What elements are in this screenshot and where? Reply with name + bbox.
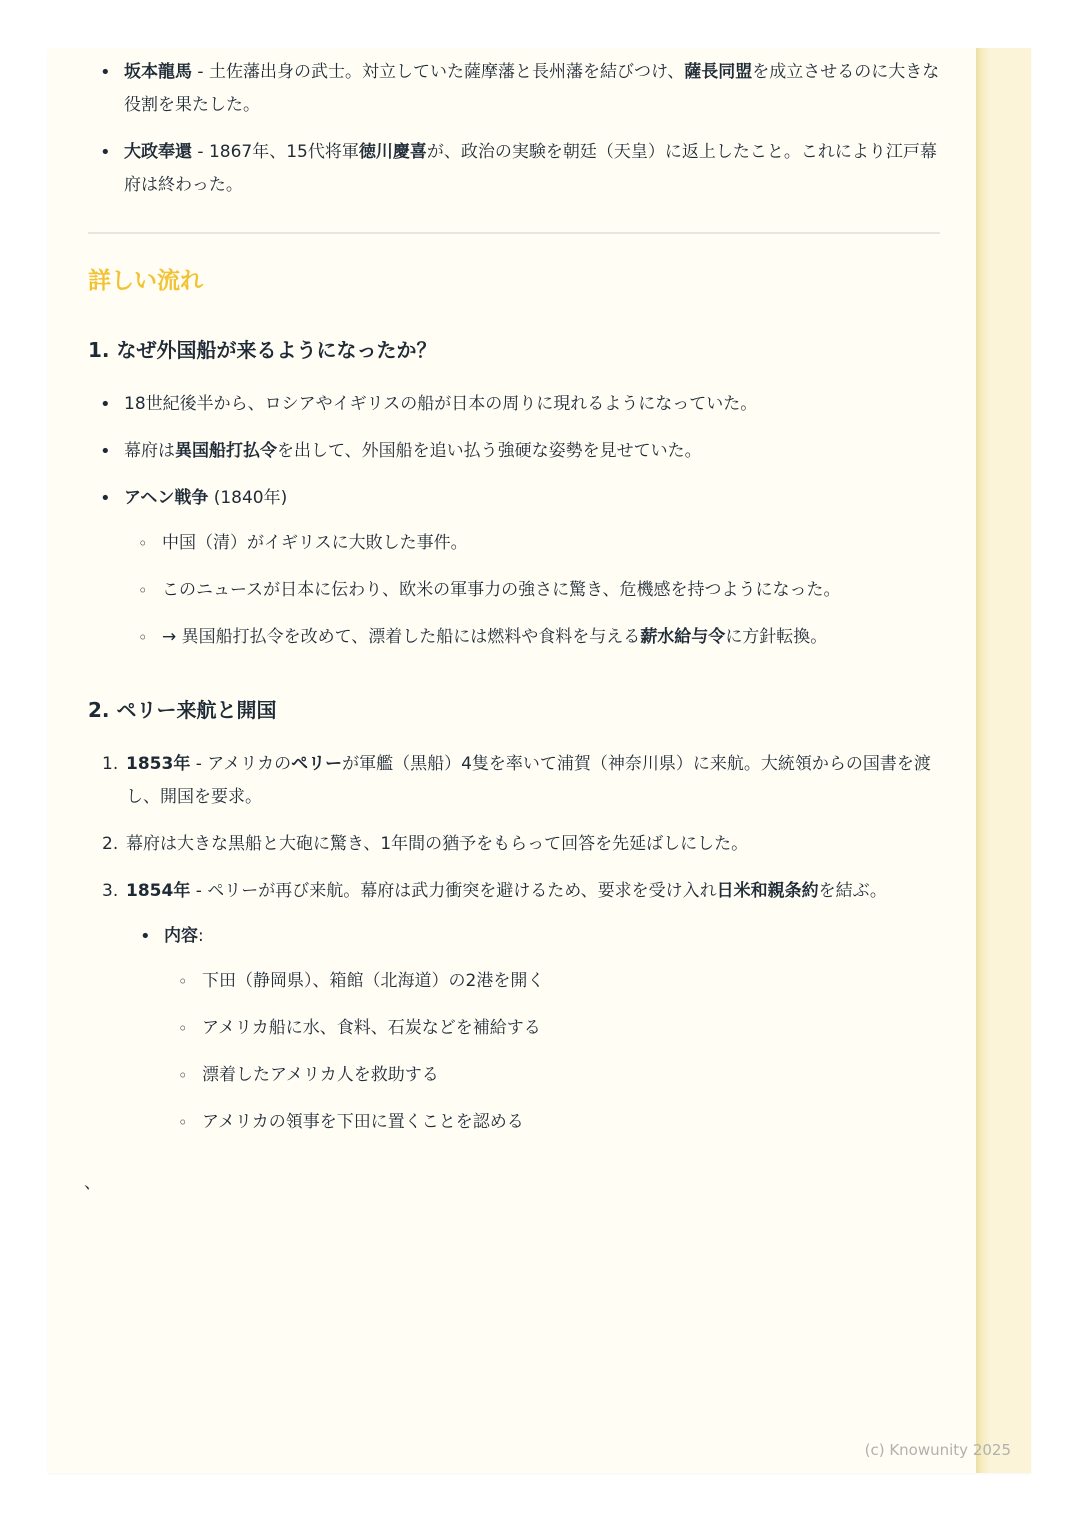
text-run: 18世紀後半から、ロシアやイギリスの船が日本の周りに現れるようになっていた。 (124, 394, 757, 414)
text-run: を出して、外国船を追い払う強硬な姿勢を見せていた。 (277, 441, 702, 461)
text-run: を結ぶ。 (819, 881, 887, 901)
list-item-text: 1853年 - アメリカのペリーが軍艦（黒船）4隻を率いて浦賀（神奈川県）に来航… (126, 748, 940, 814)
list-item: •坂本龍馬 - 土佐藩出身の武士。対立していた薩摩藩と長州藩を結びつけ、薩長同盟… (100, 56, 940, 122)
list-item: •大政奉還 - 1867年、15代将軍徳川慶喜が、政治の実験を朝廷（天皇）に返上… (100, 136, 940, 202)
section-divider (88, 232, 940, 234)
list-item-line: 中国（清）がイギリスに大敗した事件。 (162, 527, 940, 560)
stray-comma-text: 、 (84, 1167, 940, 1200)
list-item-text: 大政奉還 - 1867年、15代将軍徳川慶喜が、政治の実験を朝廷（天皇）に返上し… (124, 136, 940, 202)
list-item-line: 18世紀後半から、ロシアやイギリスの船が日本の周りに現れるようになっていた。 (124, 388, 940, 421)
bullet-icon: • (100, 388, 124, 421)
bold-term: 坂本龍馬 (124, 62, 192, 82)
text-run: (1840年) (208, 488, 287, 508)
bold-term: アヘン戦争 (124, 488, 208, 508)
text-run: - 土佐藩出身の武士。対立していた薩摩藩と長州藩を結びつけ、 (192, 62, 684, 82)
list-item-text: アヘン戦争 (1840年)◦中国（清）がイギリスに大敗した事件。◦このニュースが… (124, 482, 940, 654)
list-item-text: 漂着したアメリカ人を救助する (202, 1059, 940, 1092)
list-item: ◦漂着したアメリカ人を救助する (178, 1059, 940, 1092)
list-item-text: アメリカ船に水、食料、石炭などを補給する (202, 1012, 940, 1045)
bold-term: 大政奉還 (124, 142, 192, 162)
list-item: 3.1854年 - ペリーが再び来航。幕府は武力衝突を避けるため、要求を受け入れ… (102, 875, 940, 1139)
list-item-line: → 異国船打払令を改めて、漂着した船には燃料や食料を与える薪水給与令に方針転換。 (162, 621, 940, 654)
list-item-line: アメリカ船に水、食料、石炭などを補給する (202, 1012, 940, 1045)
list-item-text: アメリカの領事を下田に置くことを認める (202, 1106, 940, 1139)
list-item: 2.幕府は大きな黒船と大砲に驚き、1年間の猶予をもらって回答を先延ばしにした。 (102, 828, 940, 861)
bullet-list: •坂本龍馬 - 土佐藩出身の武士。対立していた薩摩藩と長州藩を結びつけ、薩長同盟… (100, 56, 940, 202)
bold-term: 薩長同盟 (684, 62, 752, 82)
list-item-line: 1853年 - アメリカのペリーが軍艦（黒船）4隻を率いて浦賀（神奈川県）に来航… (126, 748, 940, 814)
circle-bullet-icon: ◦ (178, 1106, 202, 1139)
bullet-icon: • (140, 920, 164, 1139)
bold-term: 内容 (164, 926, 198, 946)
text-run: 幕府は (124, 441, 175, 461)
list-item-line: 漂着したアメリカ人を救助する (202, 1059, 940, 1092)
bold-term: ペリー (291, 754, 342, 774)
list-item-text: 下田（静岡県）、箱館（北海道）の2港を開く (202, 965, 940, 998)
list-item-text: 18世紀後半から、ロシアやイギリスの船が日本の周りに現れるようになっていた。 (124, 388, 940, 421)
text-run: 漂着したアメリカ人を救助する (202, 1065, 439, 1085)
list-item: ◦下田（静岡県）、箱館（北海道）の2港を開く (178, 965, 940, 998)
page-edge-stripe (976, 48, 1031, 1473)
text-run: - ペリーが再び来航。幕府は武力衝突を避けるため、要求を受け入れ (190, 881, 716, 901)
number-marker: 1. (102, 748, 126, 814)
text-run: - アメリカの (190, 754, 291, 774)
text-run: このニュースが日本に伝わり、欧米の軍事力の強さに驚き、危機感を持つようになった。 (162, 580, 840, 600)
circle-bullet-icon: ◦ (178, 1059, 202, 1092)
list-item-line: 幕府は異国船打払令を出して、外国船を追い払う強硬な姿勢を見せていた。 (124, 435, 940, 468)
section-heading: 詳しい流れ (88, 266, 940, 296)
list-item-text: 幕府は異国船打払令を出して、外国船を追い払う強硬な姿勢を見せていた。 (124, 435, 940, 468)
bullet-list: ◦下田（静岡県）、箱館（北海道）の2港を開く◦アメリカ船に水、食料、石炭などを補… (178, 965, 940, 1139)
document-page: •坂本龍馬 - 土佐藩出身の武士。対立していた薩摩藩と長州藩を結びつけ、薩長同盟… (48, 48, 1031, 1473)
list-item-line: 1854年 - ペリーが再び来航。幕府は武力衝突を避けるため、要求を受け入れ日米… (126, 875, 940, 908)
number-marker: 3. (102, 875, 126, 1139)
list-item: •幕府は異国船打払令を出して、外国船を追い払う強硬な姿勢を見せていた。 (100, 435, 940, 468)
bold-term: 異国船打払令 (175, 441, 277, 461)
list-item-text: 坂本龍馬 - 土佐藩出身の武士。対立していた薩摩藩と長州藩を結びつけ、薩長同盟を… (124, 56, 940, 122)
number-marker: 2. (102, 828, 126, 861)
bullet-icon: • (100, 435, 124, 468)
list-item: ◦→ 異国船打払令を改めて、漂着した船には燃料や食料を与える薪水給与令に方針転換… (138, 621, 940, 654)
subsection-heading: 1. なぜ外国船が来るようになったか？ (88, 336, 940, 364)
text-run: 幕府は大きな黒船と大砲に驚き、1年間の猶予をもらって回答を先延ばしにした。 (126, 834, 748, 854)
bold-term: 薪水給与令 (640, 627, 725, 647)
list-item: ◦このニュースが日本に伝わり、欧米の軍事力の強さに驚き、危機感を持つようになった… (138, 574, 940, 607)
bullet-icon: • (100, 136, 124, 202)
bold-term: 1853年 (126, 754, 190, 774)
text-run: 中国（清）がイギリスに大敗した事件。 (162, 533, 468, 553)
list-item-text: 幕府は大きな黒船と大砲に驚き、1年間の猶予をもらって回答を先延ばしにした。 (126, 828, 940, 861)
list-item-text: このニュースが日本に伝わり、欧米の軍事力の強さに驚き、危機感を持つようになった。 (162, 574, 940, 607)
text-run: 下田（静岡県）、箱館（北海道）の2港を開く (202, 971, 544, 991)
circle-bullet-icon: ◦ (178, 1012, 202, 1045)
circle-bullet-icon: ◦ (138, 527, 162, 560)
text-run: - 1867年、15代将軍 (192, 142, 359, 162)
list-item-text: 1854年 - ペリーが再び来航。幕府は武力衝突を避けるため、要求を受け入れ日米… (126, 875, 940, 1139)
list-item-line: 坂本龍馬 - 土佐藩出身の武士。対立していた薩摩藩と長州藩を結びつけ、薩長同盟を… (124, 56, 940, 122)
numbered-list: 1.1853年 - アメリカのペリーが軍艦（黒船）4隻を率いて浦賀（神奈川県）に… (102, 748, 940, 1139)
text-run: アメリカの領事を下田に置くことを認める (202, 1112, 524, 1132)
list-item-line: アヘン戦争 (1840年) (124, 482, 940, 515)
list-item-line: 幕府は大きな黒船と大砲に驚き、1年間の猶予をもらって回答を先延ばしにした。 (126, 828, 940, 861)
list-item: ◦アメリカ船に水、食料、石炭などを補給する (178, 1012, 940, 1045)
list-item-text: 内容:◦下田（静岡県）、箱館（北海道）の2港を開く◦アメリカ船に水、食料、石炭な… (164, 920, 940, 1139)
bullet-list: ◦中国（清）がイギリスに大敗した事件。◦このニュースが日本に伝わり、欧米の軍事力… (138, 527, 940, 654)
text-run: → 異国船打払令を改めて、漂着した船には燃料や食料を与える (162, 627, 640, 647)
document-content: •坂本龍馬 - 土佐藩出身の武士。対立していた薩摩藩と長州藩を結びつけ、薩長同盟… (88, 50, 940, 1200)
text-run: に方針転換。 (725, 627, 827, 647)
list-item-text: → 異国船打払令を改めて、漂着した船には燃料や食料を与える薪水給与令に方針転換。 (162, 621, 940, 654)
circle-bullet-icon: ◦ (138, 574, 162, 607)
bullet-list: •内容:◦下田（静岡県）、箱館（北海道）の2港を開く◦アメリカ船に水、食料、石炭… (140, 920, 940, 1139)
bold-term: 1854年 (126, 881, 190, 901)
circle-bullet-icon: ◦ (138, 621, 162, 654)
bullet-list: •18世紀後半から、ロシアやイギリスの船が日本の周りに現れるようになっていた。•… (100, 388, 940, 654)
list-item: ◦アメリカの領事を下田に置くことを認める (178, 1106, 940, 1139)
text-run: アメリカ船に水、食料、石炭などを補給する (202, 1018, 541, 1038)
list-item-line: このニュースが日本に伝わり、欧米の軍事力の強さに驚き、危機感を持つようになった。 (162, 574, 940, 607)
copyright-text: (c) Knowunity 2025 (865, 1441, 1011, 1459)
list-item-text: 中国（清）がイギリスに大敗した事件。 (162, 527, 940, 560)
list-item-line: 大政奉還 - 1867年、15代将軍徳川慶喜が、政治の実験を朝廷（天皇）に返上し… (124, 136, 940, 202)
list-item: •18世紀後半から、ロシアやイギリスの船が日本の周りに現れるようになっていた。 (100, 388, 940, 421)
bullet-icon: • (100, 482, 124, 654)
bullet-icon: • (100, 56, 124, 122)
list-item: 1.1853年 - アメリカのペリーが軍艦（黒船）4隻を率いて浦賀（神奈川県）に… (102, 748, 940, 814)
list-item-line: アメリカの領事を下田に置くことを認める (202, 1106, 940, 1139)
list-item: •アヘン戦争 (1840年)◦中国（清）がイギリスに大敗した事件。◦このニュース… (100, 482, 940, 654)
list-item-line: 下田（静岡県）、箱館（北海道）の2港を開く (202, 965, 940, 998)
text-run: : (198, 926, 204, 946)
bold-term: 日米和親条約 (717, 881, 819, 901)
bold-term: 徳川慶喜 (359, 142, 427, 162)
circle-bullet-icon: ◦ (178, 965, 202, 998)
list-item-line: 内容: (164, 920, 940, 953)
list-item: ◦中国（清）がイギリスに大敗した事件。 (138, 527, 940, 560)
subsection-heading: 2. ペリー来航と開国 (88, 696, 940, 724)
list-item: •内容:◦下田（静岡県）、箱館（北海道）の2港を開く◦アメリカ船に水、食料、石炭… (140, 920, 940, 1139)
